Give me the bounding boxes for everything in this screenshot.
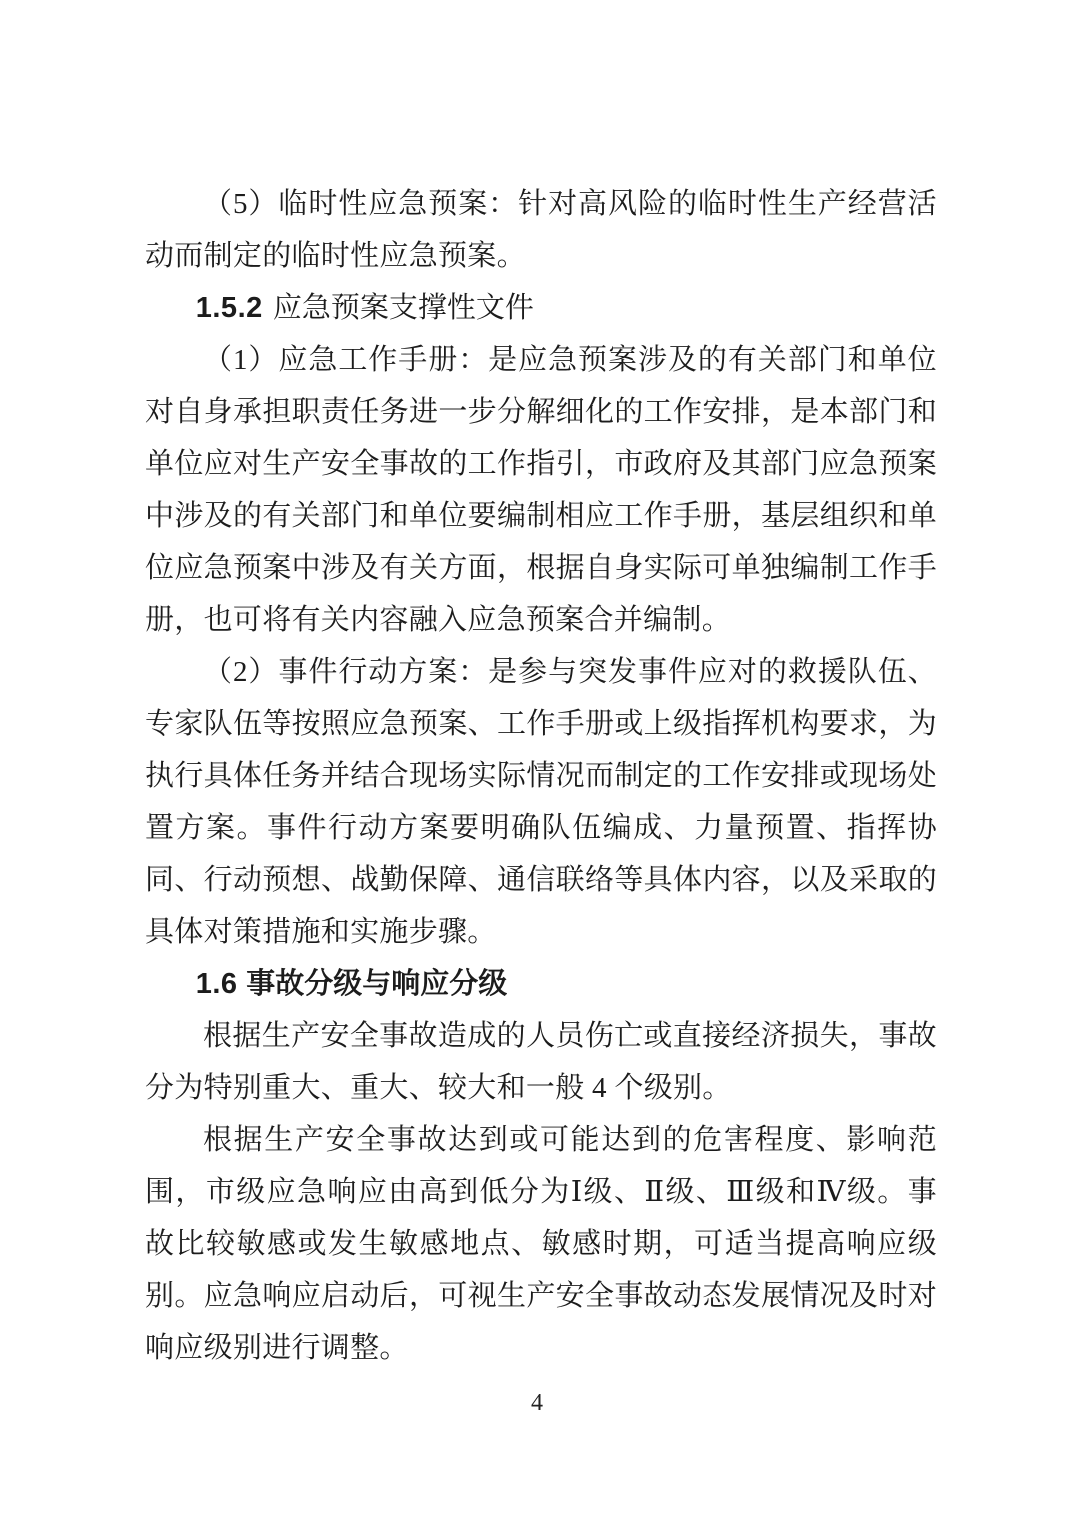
page-number: 4 <box>0 1388 1074 1418</box>
heading-title: 应急预案支撑性文件 <box>273 292 534 324</box>
heading-title: 事故分级与响应分级 <box>246 968 507 1000</box>
heading-1-5-2: 1.5.2应急预案支撑性文件 <box>145 282 937 334</box>
heading-number: 1.5.2 <box>196 292 263 324</box>
paragraph-response-classification: 根据生产安全事故达到或可能达到的危害程度、影响范围，市级应急响应由高到低分为Ⅰ级… <box>145 1114 937 1374</box>
document-page: （5）临时性应急预案：针对高风险的临时性生产经营活动而制定的临时性应急预案。 1… <box>0 0 1074 1520</box>
heading-1-6: 1.6事故分级与响应分级 <box>145 958 937 1010</box>
paragraph-temporary-emergency-plan: （5）临时性应急预案：针对高风险的临时性生产经营活动而制定的临时性应急预案。 <box>145 178 937 282</box>
heading-number: 1.6 <box>196 968 238 1000</box>
paragraph-accident-classification: 根据生产安全事故造成的人员伤亡或直接经济损失，事故分为特别重大、重大、较大和一般… <box>145 1010 937 1114</box>
paragraph-incident-action-plan: （2）事件行动方案：是参与突发事件应对的救援队伍、专家队伍等按照应急预案、工作手… <box>145 646 937 958</box>
paragraph-emergency-work-manual: （1）应急工作手册：是应急预案涉及的有关部门和单位对自身承担职责任务进一步分解细… <box>145 334 937 646</box>
page-body-text: （5）临时性应急预案：针对高风险的临时性生产经营活动而制定的临时性应急预案。 1… <box>145 178 937 1374</box>
